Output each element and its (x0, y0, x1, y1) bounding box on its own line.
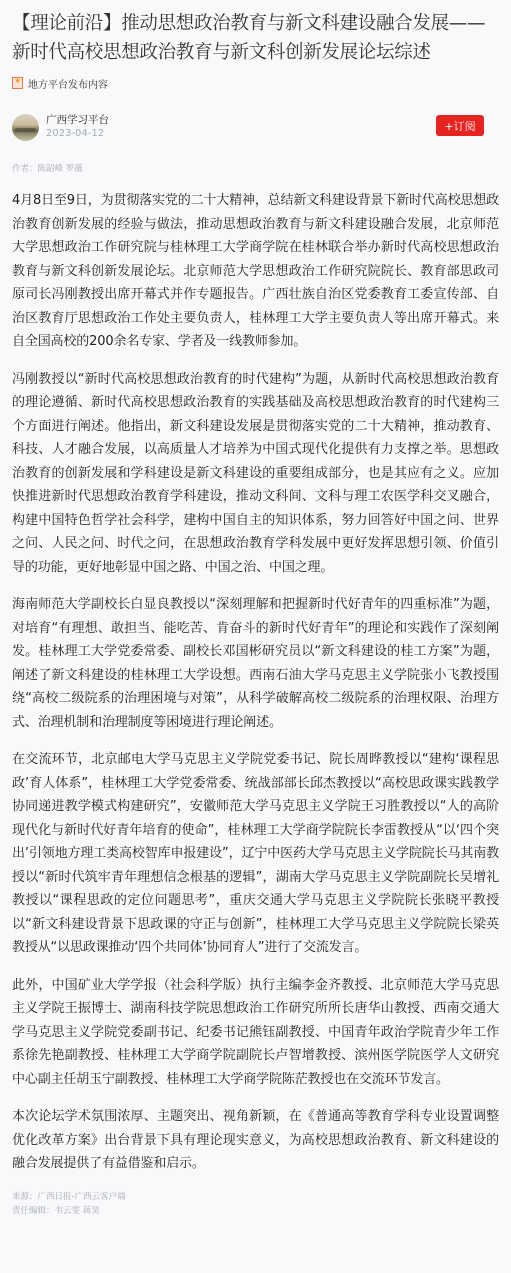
article-paragraph: 4月8日至9日，为贯彻落实党的二十大精神，总结新文科建设背景下新时代高校思想政治… (12, 189, 499, 354)
publisher-row: 广西学习平台 2023-04-12 +订阅 (12, 113, 499, 141)
publish-date: 2023-04-12 (46, 127, 109, 141)
article-byline: 作者：陈韶峰 罗薇 (12, 163, 499, 175)
origin-label: 地方平台发布内容 (28, 76, 108, 91)
article-body: 4月8日至9日，为贯彻落实党的二十大精神，总结新文科建设背景下新时代高校思想政治… (12, 189, 499, 1176)
article-editors: 责任编辑：韦云雯 蒋昊 (12, 1204, 499, 1218)
bookmark-star-icon (12, 77, 23, 89)
article-title: 【理论前沿】推动思想政治教育与新文科建设融合发展——新时代高校思想政治教育与新文… (12, 0, 499, 67)
article-paragraph: 本次论坛学术氛围浓厚、主题突出、视角新颖，在《普通高等教育学科专业设置调整优化改… (12, 1105, 499, 1176)
article-paragraph: 在交流环节，北京邮电大学马克思主义学院党委书记、院长周晔教授以“建构‘课程思政’… (12, 748, 499, 960)
article-paragraph: 冯刚教授以“新时代高校思想政治教育的时代建构”为题，从新时代高校思想政治教育的理… (12, 368, 499, 580)
article-source: 来源：广西日报-广西云客户端 (12, 1190, 499, 1204)
publisher-name[interactable]: 广西学习平台 (46, 113, 109, 127)
publisher-meta: 广西学习平台 2023-04-12 (46, 113, 109, 141)
origin-tag: 地方平台发布内容 (12, 76, 499, 90)
article-page: 【理论前沿】推动思想政治教育与新文科建设融合发展——新时代高校思想政治教育与新文… (0, 0, 511, 1218)
article-paragraph: 海南师范大学副校长白显良教授以“深刻理解和把握新时代好青年的四重标准”为题，对培… (12, 593, 499, 734)
subscribe-button[interactable]: +订阅 (436, 115, 484, 136)
publisher-avatar[interactable] (12, 114, 39, 141)
article-paragraph: 此外，中国矿业大学学报（社会科学版）执行主编李金齐教授、北京师范大学马克思主义学… (12, 974, 499, 1092)
article-footer: 来源：广西日报-广西云客户端 责任编辑：韦云雯 蒋昊 (12, 1190, 499, 1218)
